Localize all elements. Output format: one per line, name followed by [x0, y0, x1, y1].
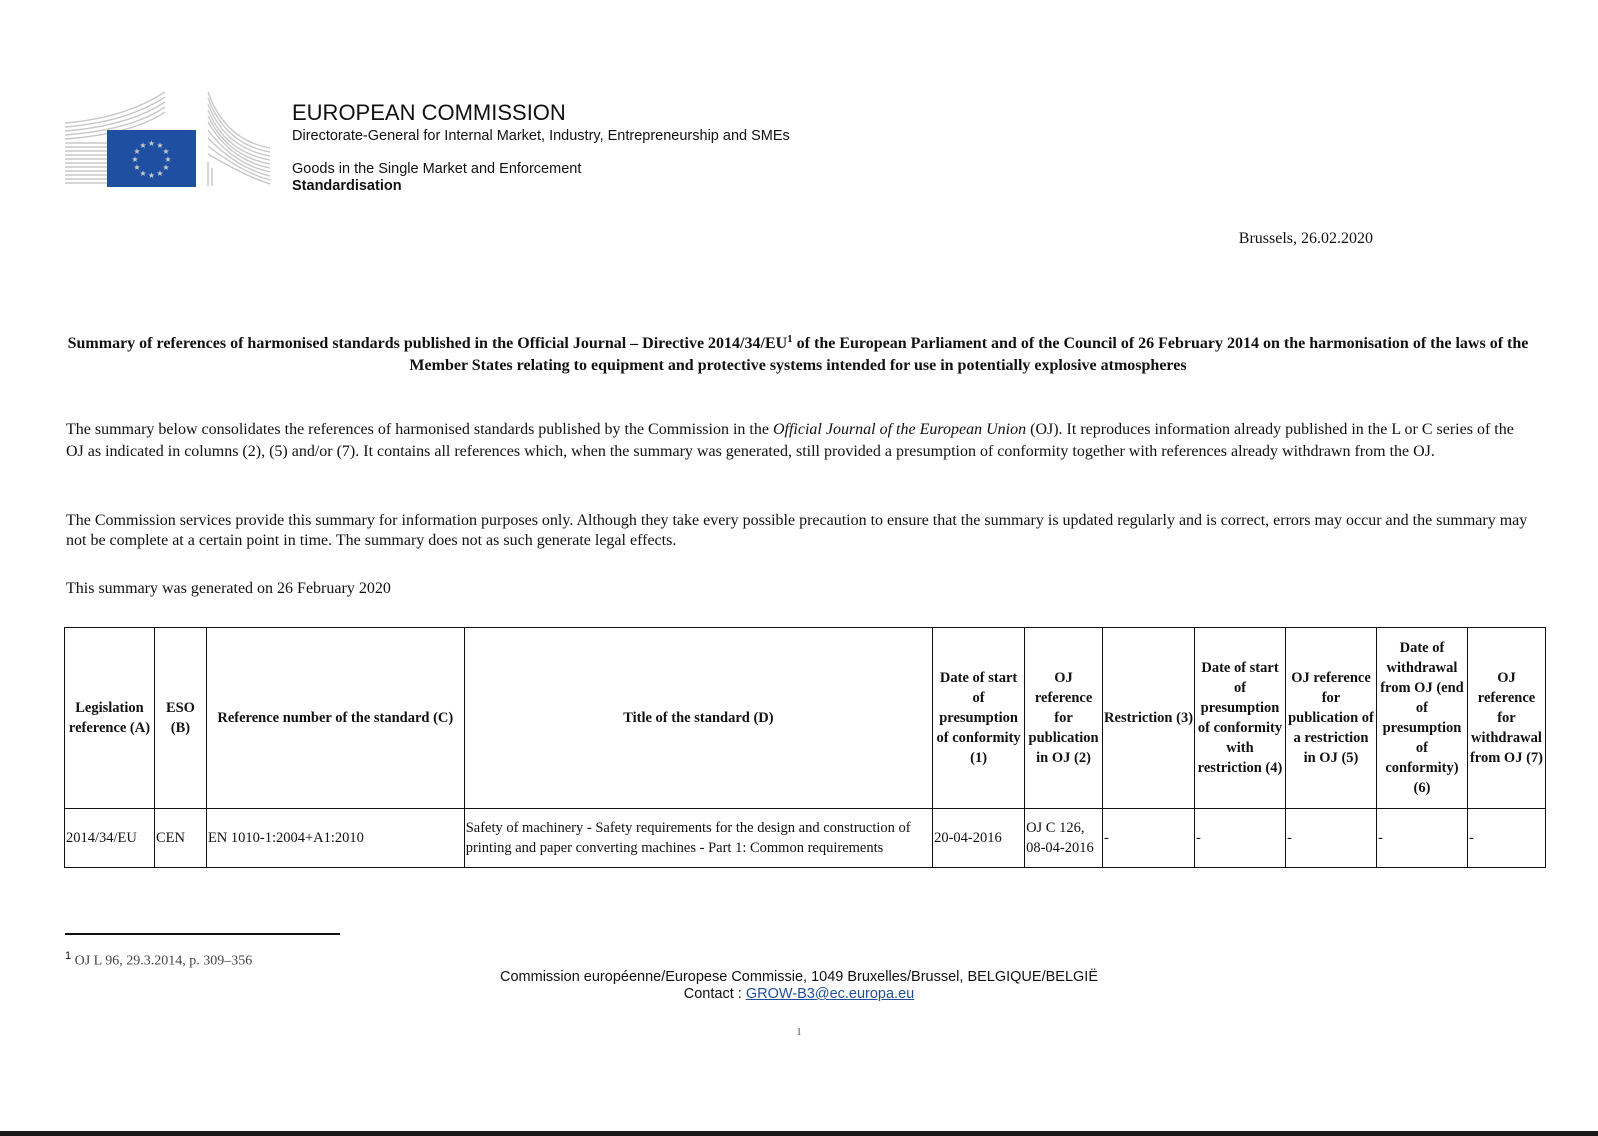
- unit-name: Goods in the Single Market and Enforceme…: [292, 161, 790, 178]
- title-part-1: Summary of references of harmonised stan…: [68, 335, 788, 352]
- cell-start-date: 20-04-2016: [933, 809, 1025, 868]
- cell-legislation: 2014/34/EU: [65, 809, 155, 868]
- col-header-legislation: Legislation reference (A): [65, 628, 155, 809]
- footnote-mark: 1: [65, 950, 71, 962]
- col-header-oj-publication: OJ reference for publication in OJ (2): [1025, 628, 1103, 809]
- contact-email-link[interactable]: GROW-B3@ec.europa.eu: [746, 986, 914, 1002]
- directorate-name: Directorate-General for Internal Market,…: [292, 127, 790, 145]
- footer-contact: Contact : GROW-B3@ec.europa.eu: [0, 986, 1598, 1003]
- page-number: 1: [0, 1027, 1598, 1038]
- svg-text:★: ★: [139, 141, 146, 150]
- col-header-start-date: Date of start of presumption of conformi…: [933, 628, 1025, 809]
- col-header-restriction-date: Date of start of presumption of conformi…: [1195, 628, 1286, 809]
- col-header-withdrawal-date: Date of withdrawal from OJ (end of presu…: [1376, 628, 1467, 809]
- footnote-text: OJ L 96, 29.3.2014, p. 309–356: [75, 954, 253, 969]
- intro-text-italic: Official Journal of the European Union: [773, 421, 1026, 438]
- svg-text:★: ★: [156, 169, 163, 178]
- cell-restriction: -: [1103, 809, 1195, 868]
- disclaimer-paragraph: The Commission services provide this sum…: [66, 511, 1530, 551]
- svg-text:★: ★: [133, 163, 140, 172]
- col-header-eso: ESO (B): [154, 628, 206, 809]
- cell-withdrawal-oj: -: [1467, 809, 1545, 868]
- date-line: Brussels, 26.02.2020: [1239, 230, 1373, 248]
- page-bottom-edge: [0, 1131, 1598, 1136]
- footnote: 1 OJ L 96, 29.3.2014, p. 309–356: [65, 950, 252, 970]
- intro-text-1: The summary below consolidates the refer…: [66, 421, 773, 438]
- svg-text:★: ★: [148, 171, 155, 180]
- organisation-name: EUROPEAN COMMISSION: [292, 100, 790, 126]
- col-header-restriction: Restriction (3): [1103, 628, 1195, 809]
- svg-text:★: ★: [148, 139, 155, 148]
- cell-restriction-oj: -: [1286, 809, 1377, 868]
- cell-restriction-date: -: [1195, 809, 1286, 868]
- cell-withdrawal-date: -: [1376, 809, 1467, 868]
- table-header-row: Legislation reference (A) ESO (B) Refere…: [65, 628, 1546, 809]
- standards-table: Legislation reference (A) ESO (B) Refere…: [64, 627, 1546, 868]
- footer-address-block: Commission européenne/Europese Commissie…: [0, 969, 1598, 1003]
- cell-oj-publication: OJ C 126, 08-04-2016: [1025, 809, 1103, 868]
- cell-title: Safety of machinery - Safety requirement…: [464, 809, 932, 868]
- table-row: 2014/34/EU CEN EN 1010-1:2004+A1:2010 Sa…: [65, 809, 1546, 868]
- cell-reference: EN 1010-1:2004+A1:2010: [206, 809, 464, 868]
- letterhead: EUROPEAN COMMISSION Directorate-General …: [292, 100, 790, 195]
- svg-text:★: ★: [131, 155, 138, 164]
- contact-label: Contact :: [684, 986, 746, 1002]
- document-title: Summary of references of harmonised stan…: [66, 333, 1530, 377]
- generated-date-paragraph: This summary was generated on 26 Februar…: [66, 578, 1530, 600]
- col-header-withdrawal-oj: OJ reference for withdrawal from OJ (7): [1467, 628, 1545, 809]
- intro-paragraph: The summary below consolidates the refer…: [66, 419, 1530, 463]
- footer-address: Commission européenne/Europese Commissie…: [0, 969, 1598, 986]
- footnote-divider: [65, 933, 340, 935]
- subunit-name: Standardisation: [292, 178, 790, 195]
- col-header-restriction-oj: OJ reference for publication of a restri…: [1286, 628, 1377, 809]
- european-commission-logo-icon: ★ ★ ★ ★ ★ ★ ★ ★ ★ ★ ★ ★: [65, 90, 270, 188]
- col-header-reference: Reference number of the standard (C): [206, 628, 464, 809]
- col-header-title: Title of the standard (D): [464, 628, 932, 809]
- cell-eso: CEN: [154, 809, 206, 868]
